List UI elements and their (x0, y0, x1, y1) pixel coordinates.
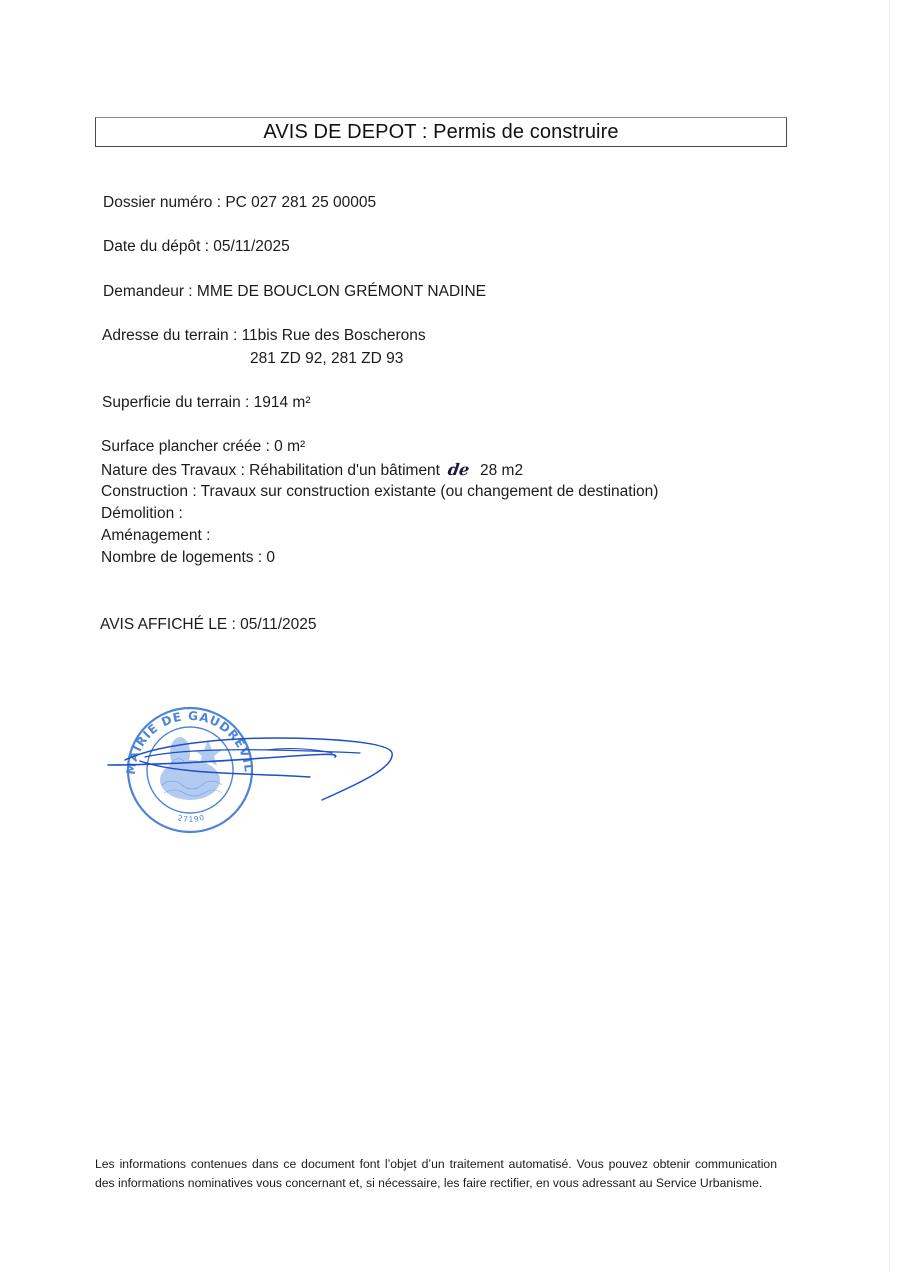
dossier-number: Dossier numéro : PC 027 281 25 00005 (103, 194, 376, 212)
construction-type: Construction : Travaux sur construction … (101, 483, 658, 501)
works-nature-text: Nature des Travaux : Réhabilitation d'un… (101, 462, 440, 479)
title-box: AVIS DE DEPOT : Permis de construire (95, 117, 787, 147)
applicant: Demandeur : MME DE BOUCLON GRÉMONT NADIN… (103, 283, 486, 301)
page-edge-line (889, 0, 890, 1272)
land-parcels: 281 ZD 92, 281 ZD 93 (250, 350, 403, 368)
privacy-notice: Les informations contenues dans ce docum… (95, 1155, 777, 1192)
land-address: Adresse du terrain : 11bis Rue des Bosch… (102, 327, 426, 345)
housing-count: Nombre de logements : 0 (101, 549, 275, 567)
works-nature-area: 28 m2 (480, 462, 523, 479)
page-title: AVIS DE DEPOT : Permis de construire (263, 121, 618, 144)
floor-area-created: Surface plancher créée : 0 m² (101, 438, 305, 456)
development: Aménagement : (101, 527, 210, 545)
town-hall-stamp: MAIRIE DE GAUDREVILLE LA RIVIERE 27190 (95, 684, 256, 832)
land-area: Superficie du terrain : 1914 m² (102, 394, 311, 412)
svg-text:27190: 27190 (177, 812, 206, 824)
deposit-date: Date du dépôt : 05/11/2025 (103, 238, 290, 256)
demolition: Démolition : (101, 505, 183, 523)
posting-date: AVIS AFFICHÉ LE : 05/11/2025 (100, 616, 317, 634)
handwritten-annotation: de (447, 460, 471, 479)
works-nature: Nature des Travaux : Réhabilitation d'un… (101, 460, 523, 480)
stamp-and-signature: MAIRIE DE GAUDREVILLE LA RIVIERE 27190 (100, 695, 410, 840)
